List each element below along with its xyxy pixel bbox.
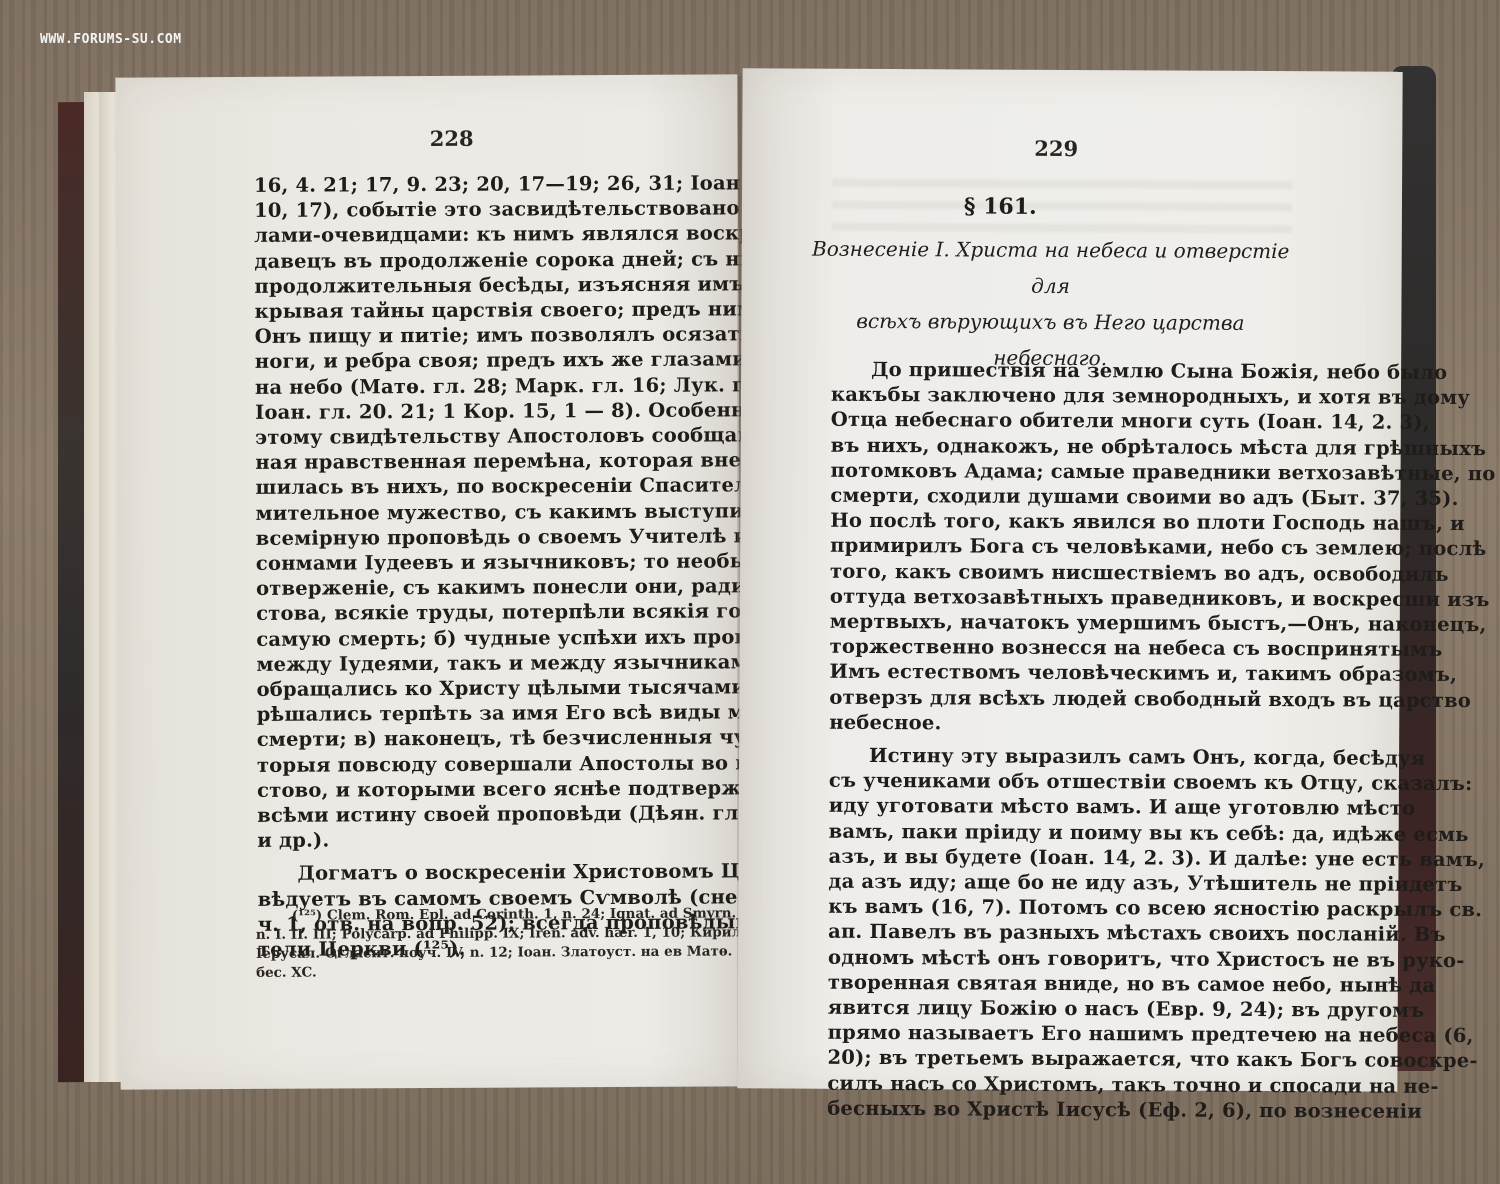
text-line: сонмами Іудеевъ и язычниковъ; то необыча… <box>256 549 696 577</box>
text-line: крывая тайны царствія своего; предъ ними… <box>255 297 695 325</box>
footnote-line: n. I. II. III; Polycarp. ad Philipp. IX;… <box>256 924 704 945</box>
text-line: самую смерть; б) чудные успѣхи ихъ пропо… <box>256 624 696 652</box>
footnote-line: Іерусал. Огласит. поуч. IV, n. 12; Іоан.… <box>256 943 704 964</box>
text-line: азъ, и вы будете (Іоан. 14, 2. 3). И дал… <box>828 844 1290 872</box>
text-line: 20); въ третьемъ выражается, что какъ Бо… <box>827 1045 1289 1073</box>
text-line: мительное мужество, съ какимъ выступили … <box>256 498 696 526</box>
watermark: WWW.FORUMS-SU.COM <box>40 32 182 47</box>
text-line: всемірную проповѣдь о своемъ Учителѣ и я… <box>256 523 696 551</box>
section-title: Вознесеніе І. Христа на небеса и отверст… <box>811 231 1290 378</box>
text-line: Онъ пищу и питіе; имъ позволялъ осязать … <box>255 322 695 350</box>
text-line: отверзъ для всѣхъ людей свободный входъ … <box>829 684 1291 712</box>
text-line: вамъ, паки пріиду и поиму вы къ себѣ: да… <box>829 818 1291 846</box>
left-page-body: 16, 4. 21; 17, 9. 23; 20, 17—19; 26, 31;… <box>254 171 698 963</box>
footnote: (¹²⁵) Clem. Rom. Epl. ad Corinth. 1, n. … <box>256 905 704 983</box>
text-line: этому свидѣтельству Апостоловъ сообщаютъ… <box>255 423 695 451</box>
text-line: съ учениками объ отшествіи своемъ къ Отц… <box>829 768 1291 796</box>
text-line: творенная святая вниде, но въ самое небо… <box>828 970 1290 998</box>
text-line: лами-очевидцами: къ нимъ являлся воскрес… <box>254 221 694 249</box>
section-title-line: Вознесеніе І. Христа на небеса и отверст… <box>811 231 1289 306</box>
text-line: примирилъ Бога съ человѣками, небо съ зе… <box>830 533 1292 561</box>
text-line: отверженіе, съ какимъ понесли они, ради … <box>256 574 696 602</box>
text-line: шилась въ нихъ, по воскресеніи Спасителя… <box>255 473 695 501</box>
page-number: 229 <box>1034 136 1078 161</box>
text-line: на небо (Матѳ. гл. 28; Марк. гл. 16; Лук… <box>255 372 695 400</box>
text-line: ноги, и ребра своя; предъ ихъ же глазами… <box>255 347 695 375</box>
left-page: 228 16, 4. 21; 17, 9. 23; 20, 17—19; 26,… <box>115 74 742 1089</box>
text-line: Іоан. гл. 20. 21; 1 Кор. 15, 1 — 8). Осо… <box>255 397 695 425</box>
section-number: § 161. <box>964 193 1037 219</box>
text-line: смерти; в) наконецъ, тѣ безчисленныя чуд… <box>257 725 697 753</box>
text-line: Имъ естествомъ человѣческимъ и, такимъ о… <box>829 659 1291 687</box>
text-line: Истину эту выразилъ самъ Онъ, когда, бес… <box>829 743 1291 771</box>
text-line: да азъ иду; аще бо не иду азъ, Утѣшитель… <box>828 869 1290 897</box>
text-line: мертвыхъ, начатокъ умершимъ быстъ,—Онъ, … <box>830 609 1292 637</box>
text-line: торжественно вознесся на небеса съ воспр… <box>830 634 1292 662</box>
text-line: Догматъ о воскресеніи Христовомъ Церковь… <box>257 859 697 887</box>
text-line: силъ насъ со Христомъ, такъ точно и спос… <box>827 1070 1289 1098</box>
text-line: До пришествія на землю Сына Божія, небо … <box>831 357 1293 385</box>
text-line: и др.). <box>257 826 697 854</box>
text-line: Но послѣ того, какъ явился во плоти Госп… <box>830 508 1292 536</box>
text-line: бесныхъ во Христѣ Іисусѣ (Еф. 2, 6), по … <box>827 1096 1289 1124</box>
text-line: ная нравственная перемѣна, которая внеза… <box>255 448 695 476</box>
text-line: 10, 17), событіе это засвидѣтельствовано… <box>254 196 694 224</box>
text-line: того, какъ своимъ нисшествіемъ во адъ, о… <box>830 558 1292 586</box>
text-line: рѣшались терпѣть за имя Его всѣ виды муч… <box>257 700 697 728</box>
text-line: какъбы заключено для земнородныхъ, и хот… <box>831 382 1293 410</box>
right-page: 229 § 161. Вознесеніе І. Христа на небес… <box>737 68 1402 1091</box>
text-line: прямо называетъ Его нашимъ предтечею на … <box>828 1020 1290 1048</box>
text-line: обращались ко Христу цѣлыми тысячами, и … <box>256 675 696 703</box>
text-line: между Іудеями, такъ и между язычниками, … <box>256 649 696 677</box>
text-line: всѣми истину своей проповѣди (Дѣян. гл. … <box>257 801 697 829</box>
text-line: давецъ въ продолженіе сорока дней; съ ни… <box>254 246 694 274</box>
text-line: потомковъ Адама; самые праведники ветхоз… <box>831 458 1293 486</box>
text-line: стова, всякіе труды, потерпѣли всякія го… <box>256 599 696 627</box>
page-number: 228 <box>430 126 474 151</box>
text-line: 16, 4. 21; 17, 9. 23; 20, 17—19; 26, 31;… <box>254 171 694 199</box>
right-page-body: До пришествія на землю Сына Божія, небо … <box>827 357 1293 1124</box>
text-line: ап. Павелъ въ разныхъ мѣстахъ своихъ пос… <box>828 919 1290 947</box>
text-line: одномъ мѣстѣ онъ говоритъ, что Христосъ … <box>828 944 1290 972</box>
text-line: оттуда ветхозавѣтныхъ праведниковъ, и во… <box>830 584 1292 612</box>
text-line: въ нихъ, однакожъ, не обрѣталось мѣста д… <box>831 432 1293 460</box>
text-line: стово, и которыми всего яснѣе подтвержда… <box>257 775 697 803</box>
text-line: торыя повсюду совершали Апостолы во имя … <box>257 750 697 778</box>
text-line: продолжительныя бесѣды, изъясняя имъ пис… <box>254 271 694 299</box>
footnote-line: (¹²⁵) Clem. Rom. Epl. ad Corinth. 1, n. … <box>256 905 704 926</box>
text-line: къ вамъ (16, 7). Потомъ со всею ясностію… <box>828 894 1290 922</box>
text-line: смерти, сходили душами своими во адъ (Бы… <box>830 483 1292 511</box>
text-line: небесное. <box>829 710 1291 738</box>
text-line: Отца небеснаго обители многи суть (Іоан.… <box>831 407 1293 435</box>
text-line: явится лицу Божію о насъ (Евр. 9, 24); в… <box>828 995 1290 1023</box>
text-line: иду уготовати мѣсто вамъ. И аще уготовлю… <box>829 793 1291 821</box>
footnote-line: бес. XC. <box>256 962 704 983</box>
